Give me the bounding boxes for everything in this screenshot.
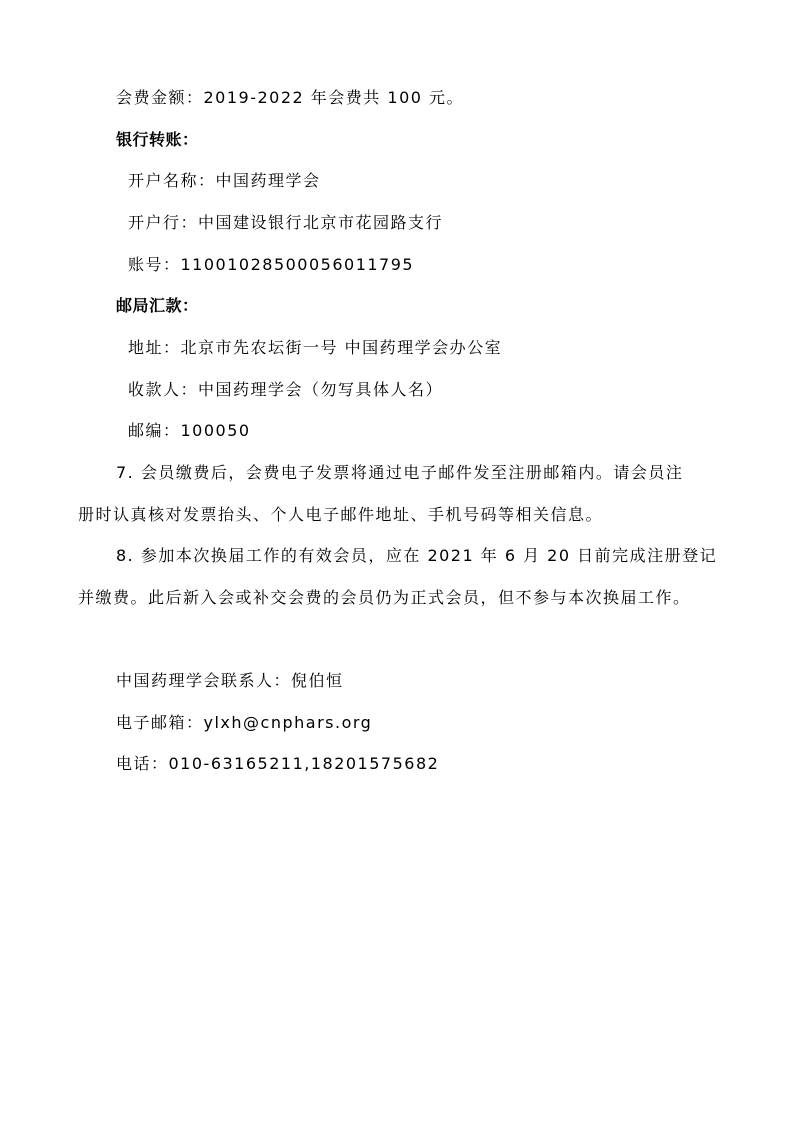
contact-phone: 电话：010-63165211,18201575682 xyxy=(116,754,439,774)
document-page: 会费金额：2019-2022 年会费共 100 元。 银行转账： 开户名称：中国… xyxy=(0,0,794,1123)
account-number: 账号：11001028500056011795 xyxy=(128,255,414,275)
fee-amount: 会费金额：2019-2022 年会费共 100 元。 xyxy=(116,88,464,108)
item-8-line-2: 并缴费。此后新入会或补交会费的会员仍为正式会员，但不参与本次换届工作。 xyxy=(78,588,691,608)
postal-payee: 收款人：中国药理学会（勿写具体人名） xyxy=(128,380,443,400)
item-8-line-1: 8. 参加本次换届工作的有效会员，应在 2021 年 6 月 20 日前完成注册… xyxy=(116,546,717,566)
postal-code: 邮编：100050 xyxy=(128,421,251,441)
contact-person: 中国药理学会联系人：倪伯恒 xyxy=(116,671,344,691)
item-7-line-1: 7. 会员缴费后，会费电子发票将通过电子邮件发至注册邮箱内。请会员注 xyxy=(116,463,683,483)
item-7-line-2: 册时认真核对发票抬头、个人电子邮件地址、手机号码等相关信息。 xyxy=(78,505,603,525)
bank-transfer-heading: 银行转账： xyxy=(116,130,199,150)
account-name: 开户名称：中国药理学会 xyxy=(128,171,321,191)
postal-remittance-heading: 邮局汇款： xyxy=(116,296,199,316)
contact-email: 电子邮箱：ylxh@cnphars.org xyxy=(116,713,372,733)
bank-name: 开户行：中国建设银行北京市花园路支行 xyxy=(128,213,443,233)
postal-address: 地址：北京市先农坛街一号 中国药理学会办公室 xyxy=(128,338,502,358)
